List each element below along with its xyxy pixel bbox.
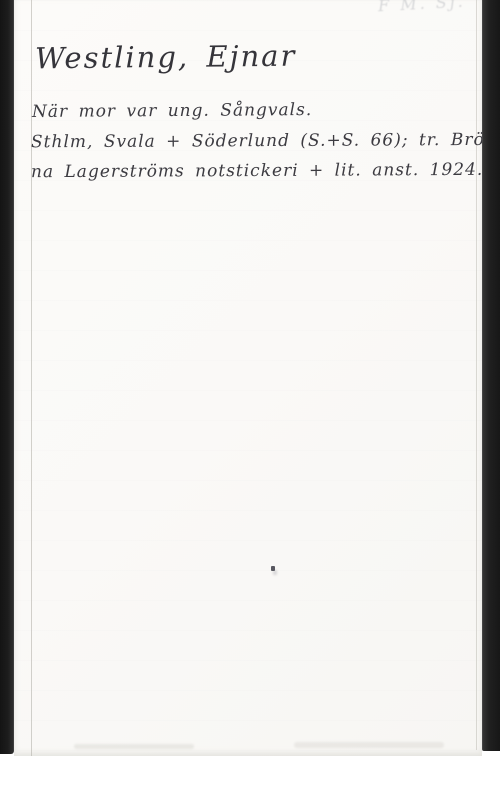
catalog-card-paper: F M. Sj. Westling, Ejnar När mor var ung… bbox=[14, 0, 482, 756]
bottom-edge-smudge bbox=[74, 744, 194, 749]
scanner-bar-left bbox=[0, 0, 14, 754]
faint-pencil-shelfmark: F M. Sj. bbox=[378, 0, 467, 15]
bottom-edge-smudge bbox=[294, 742, 444, 748]
card-heading-author: Westling, Ejnar bbox=[35, 39, 297, 76]
card-line-imprint: Sthlm, Svala + Söderlund (S.+S. 66); tr.… bbox=[31, 130, 500, 153]
card-line-title: När mor var ung. Sångvals. bbox=[32, 100, 312, 122]
card-line-imprint-continued: na Lagerströms notstickeri + lit. anst. … bbox=[31, 160, 483, 182]
scanner-bar-right bbox=[482, 0, 500, 751]
ink-speck bbox=[271, 566, 275, 571]
card-right-crease bbox=[476, 0, 477, 750]
scanned-catalog-card: F M. Sj. Westling, Ejnar När mor var ung… bbox=[0, 0, 500, 800]
